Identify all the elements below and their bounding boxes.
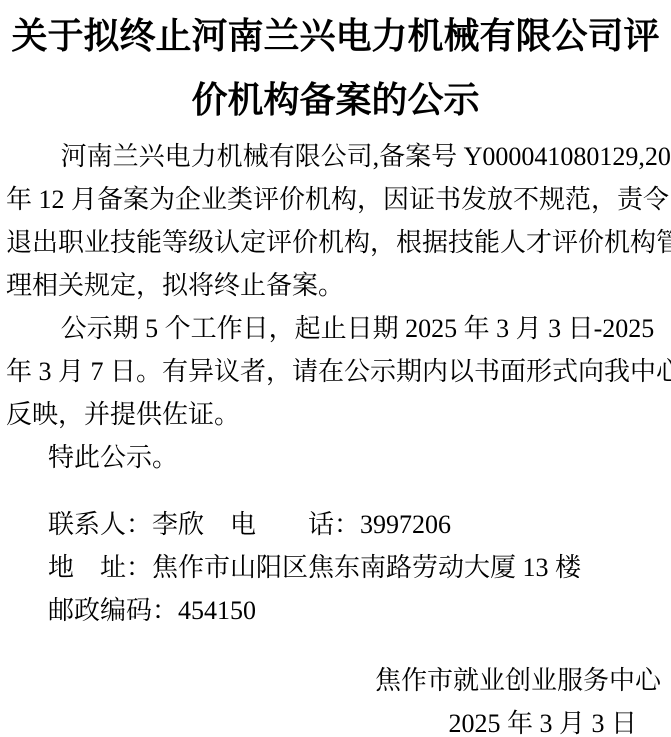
contact-postcode-line: 邮政编码：454150 — [6, 589, 665, 632]
signature-organization: 焦作市就业创业服务中心 — [6, 659, 665, 702]
paragraph-publicity-period: 公示期 5 个工作日，起止日期 2025 年 3 月 3 日-2025 年 3 … — [6, 307, 665, 436]
signature-block: 焦作市就业创业服务中心 2025 年 3 月 3 日 — [6, 659, 665, 737]
notice-body: 河南兰兴电力机械有限公司,备案号 Y000041080129,2021 年 12… — [0, 132, 671, 737]
paragraph-line: 年 12 月备案为企业类评价机构，因证书发放不规范，责令 — [6, 178, 665, 221]
paragraph-line: 河南兰兴电力机械有限公司,备案号 Y000041080129,2021 — [6, 135, 665, 178]
blank-line — [6, 632, 665, 659]
page-title: 关于拟终止河南兰兴电力机械有限公司评 价机构备案的公示 — [0, 0, 671, 132]
paragraph-line: 公示期 5 个工作日，起止日期 2025 年 3 月 3 日-2025 — [6, 307, 665, 350]
paragraph-line: 反映，并提供佐证。 — [6, 393, 665, 436]
paragraph-termination: 河南兰兴电力机械有限公司,备案号 Y000041080129,2021 年 12… — [6, 135, 665, 307]
contact-person-line: 联系人：李欣 电 话：3997206 — [6, 503, 665, 546]
paragraph-line: 理相关规定，拟将终止备案。 — [6, 264, 665, 307]
contact-address-line: 地 址：焦作市山阳区焦东南路劳动大厦 13 楼 — [6, 546, 665, 589]
closing-statement: 特此公示。 — [6, 436, 665, 479]
signature-date: 2025 年 3 月 3 日 — [6, 702, 665, 737]
contact-block: 联系人：李欣 电 话：3997206 地 址：焦作市山阳区焦东南路劳动大厦 13… — [6, 503, 665, 632]
page-title-line-2: 价机构备案的公示 — [0, 68, 671, 132]
page-title-line-1: 关于拟终止河南兰兴电力机械有限公司评 — [0, 4, 671, 68]
paragraph-line: 年 3 月 7 日。有异议者，请在公示期内以书面形式向我中心 — [6, 350, 665, 393]
notice-document: 关于拟终止河南兰兴电力机械有限公司评 价机构备案的公示 河南兰兴电力机械有限公司… — [0, 0, 671, 737]
blank-line — [6, 479, 665, 503]
paragraph-line: 退出职业技能等级认定评价机构，根据技能人才评价机构管 — [6, 221, 665, 264]
